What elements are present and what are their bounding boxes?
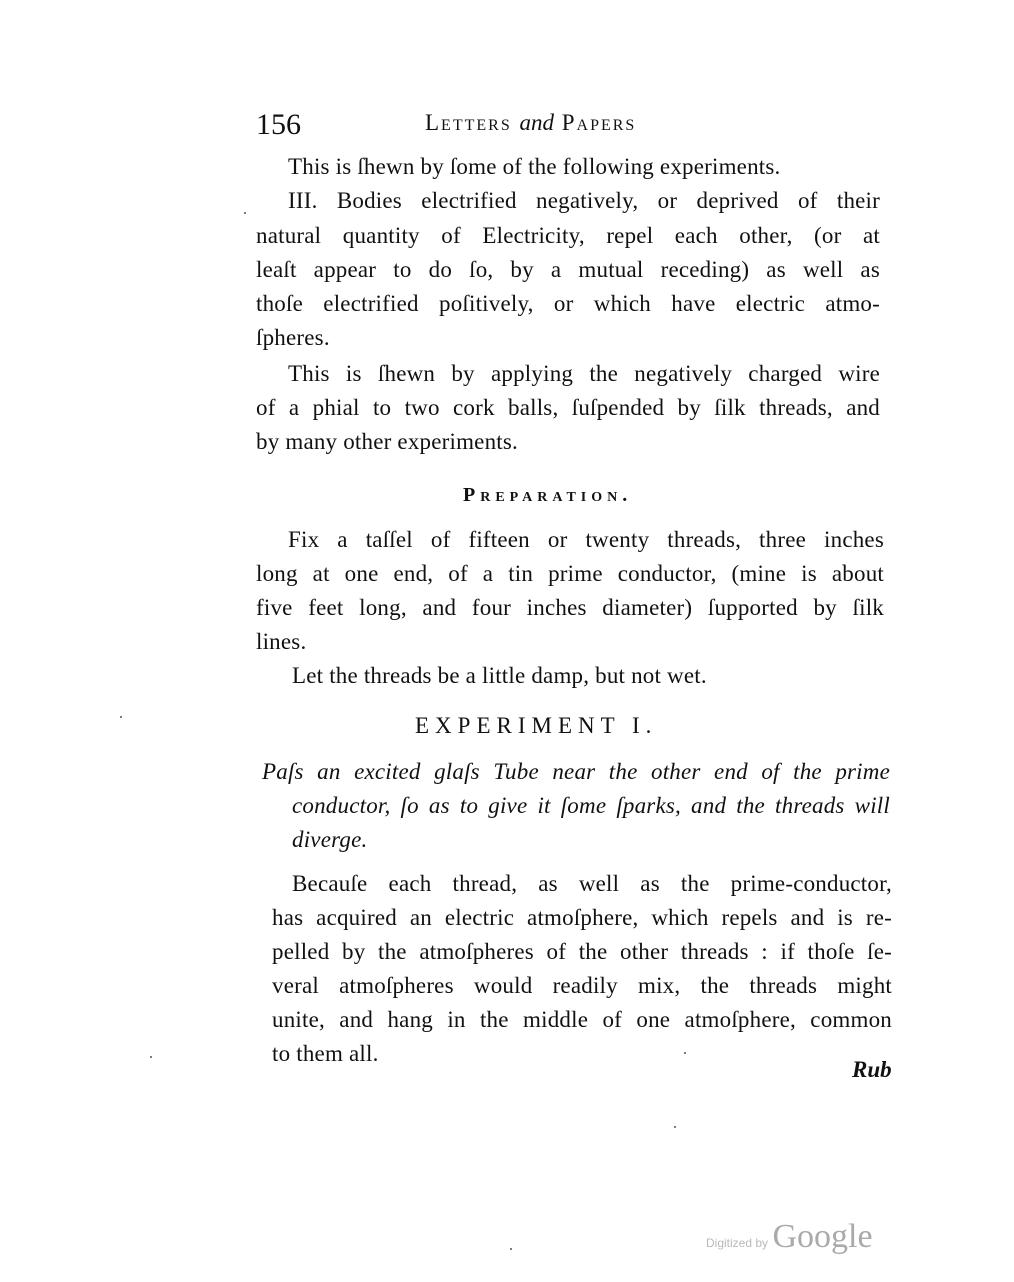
text-line: This is ſhewn by ſome of the following e… [288,155,780,178]
running-head-part1: Letters [425,110,512,135]
text-line: by many other experiments. [256,430,518,453]
scan-speck [674,1126,676,1128]
text-line: lines. [256,630,306,653]
text-line: This is ſhewn by applying the negatively… [288,362,880,385]
scan-speck [244,212,246,214]
text-line: to them all. [272,1042,379,1065]
section-heading-preparation: Preparation. [463,484,632,507]
scan-speck [510,1248,512,1250]
text-line: long at one end, of a tin prime conducto… [256,562,884,585]
page-number: 156 [256,108,301,142]
scan-speck [150,1056,152,1058]
text-line: Fix a taſſel of fifteen or twenty thread… [288,528,884,551]
text-line: III. Bodies electrified negatively, or d… [288,189,880,212]
text-line: has acquired an electric atmoſphere, whi… [272,906,892,929]
watermark-prefix: Digitized by [706,1236,768,1250]
text-line: thoſe electrified poſitively, or which h… [256,292,880,315]
scan-speck [120,716,122,718]
digitized-by-google-watermark: Digitized by Google [706,1218,873,1256]
text-line: leaſt appear to do ſo, by a mutual reced… [256,258,880,281]
running-head: Letters and Papers [425,110,636,136]
google-logo: Google [772,1218,872,1255]
text-line: Becauſe each thread, as well as the prim… [292,872,892,895]
text-line: ſpheres. [256,326,330,349]
catchword: Rub [852,1057,892,1083]
section-heading-experiment: EXPERIMENT I. [415,713,657,739]
running-head-part3: Papers [562,110,637,135]
text-line: veral atmoſpheres would readily mix, the… [272,974,892,997]
text-line: pelled by the atmoſpheres of the other t… [272,940,892,963]
text-line: of a phial to two cork balls, ſuſpended … [256,396,880,419]
running-head-part2: and [519,110,554,135]
text-line: five feet long, and four inches diameter… [256,596,884,619]
text-line: Let the threads be a little damp, but no… [292,664,707,687]
text-line: natural quantity of Electricity, repel e… [256,224,880,247]
italic-line: diverge. [292,828,367,851]
italic-line: Paſs an excited glaſs Tube near the othe… [262,760,890,783]
italic-line: conductor, ſo as to give it ſome ſparks,… [292,794,890,817]
scan-speck [684,1052,686,1054]
text-line: unite, and hang in the middle of one atm… [272,1008,892,1031]
